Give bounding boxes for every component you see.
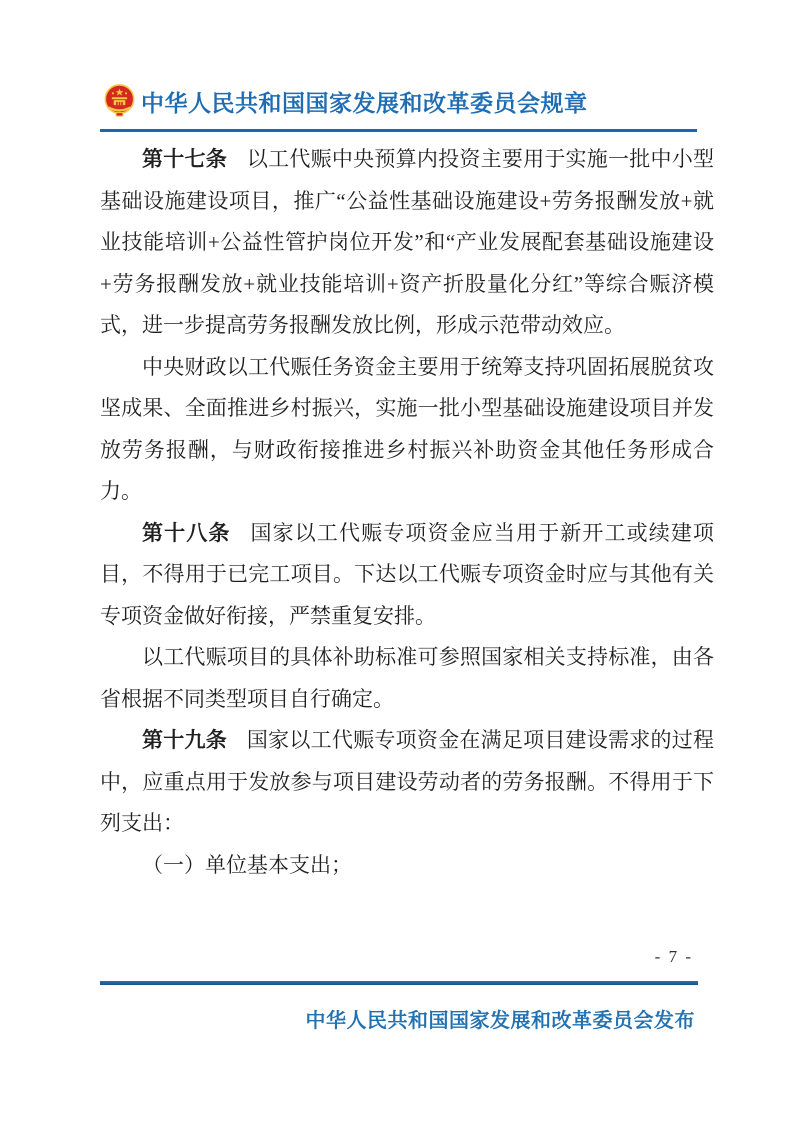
paragraph-text: 以工代赈项目的具体补助标准可参照国家相关支持标准，由各省根据不同类型项目自行确定… bbox=[100, 645, 714, 711]
paragraph-text: 中央财政以工代赈任务资金主要用于统筹支持巩固拓展脱贫攻坚成果、全面推进乡村振兴，… bbox=[100, 355, 714, 504]
header-rule bbox=[100, 129, 697, 132]
paragraph-article-19: 第十九条国家以工代赈专项资金在满足项目建设需求的过程中，应重点用于发放参与项目建… bbox=[100, 720, 714, 845]
paragraph: 以工代赈项目的具体补助标准可参照国家相关支持标准，由各省根据不同类型项目自行确定… bbox=[100, 637, 714, 720]
document-category-title: 中华人民共和国国家发展和改革委员会规章 bbox=[141, 85, 588, 118]
article-number: 第十八条 bbox=[142, 522, 231, 545]
footer-rule bbox=[100, 981, 698, 985]
paragraph-text: 以工代赈中央预算内投资主要用于实施一批中小型基础设施建设项目，推广“公益性基础设… bbox=[100, 147, 714, 337]
document-body: 第十七条以工代赈中央预算内投资主要用于实施一批中小型基础设施建设项目，推广“公益… bbox=[100, 139, 714, 886]
paragraph-text: （一）单位基本支出； bbox=[142, 853, 352, 877]
paragraph-article-17: 第十七条以工代赈中央预算内投资主要用于实施一批中小型基础设施建设项目，推广“公益… bbox=[100, 139, 714, 347]
article-number: 第十七条 bbox=[142, 148, 227, 171]
page-header: 中华人民共和国国家发展和改革委员会规章 bbox=[104, 84, 704, 118]
publisher-line: 中华人民共和国国家发展和改革委员会发布 bbox=[306, 1004, 696, 1033]
paragraph: 中央财政以工代赈任务资金主要用于统筹支持巩固拓展脱贫攻坚成果、全面推进乡村振兴，… bbox=[100, 347, 714, 513]
article-number: 第十九条 bbox=[142, 729, 227, 752]
page-number: - 7 - bbox=[655, 947, 693, 967]
document-page: 中华人民共和国国家发展和改革委员会规章 第十七条以工代赈中央预算内投资主要用于实… bbox=[0, 0, 793, 1122]
paragraph-list-item-1: （一）单位基本支出； bbox=[100, 845, 714, 887]
paragraph-article-18: 第十八条国家以工代赈专项资金应当用于新开工或续建项目，不得用于已完工项目。下达以… bbox=[100, 513, 714, 638]
national-emblem-icon bbox=[104, 84, 135, 118]
